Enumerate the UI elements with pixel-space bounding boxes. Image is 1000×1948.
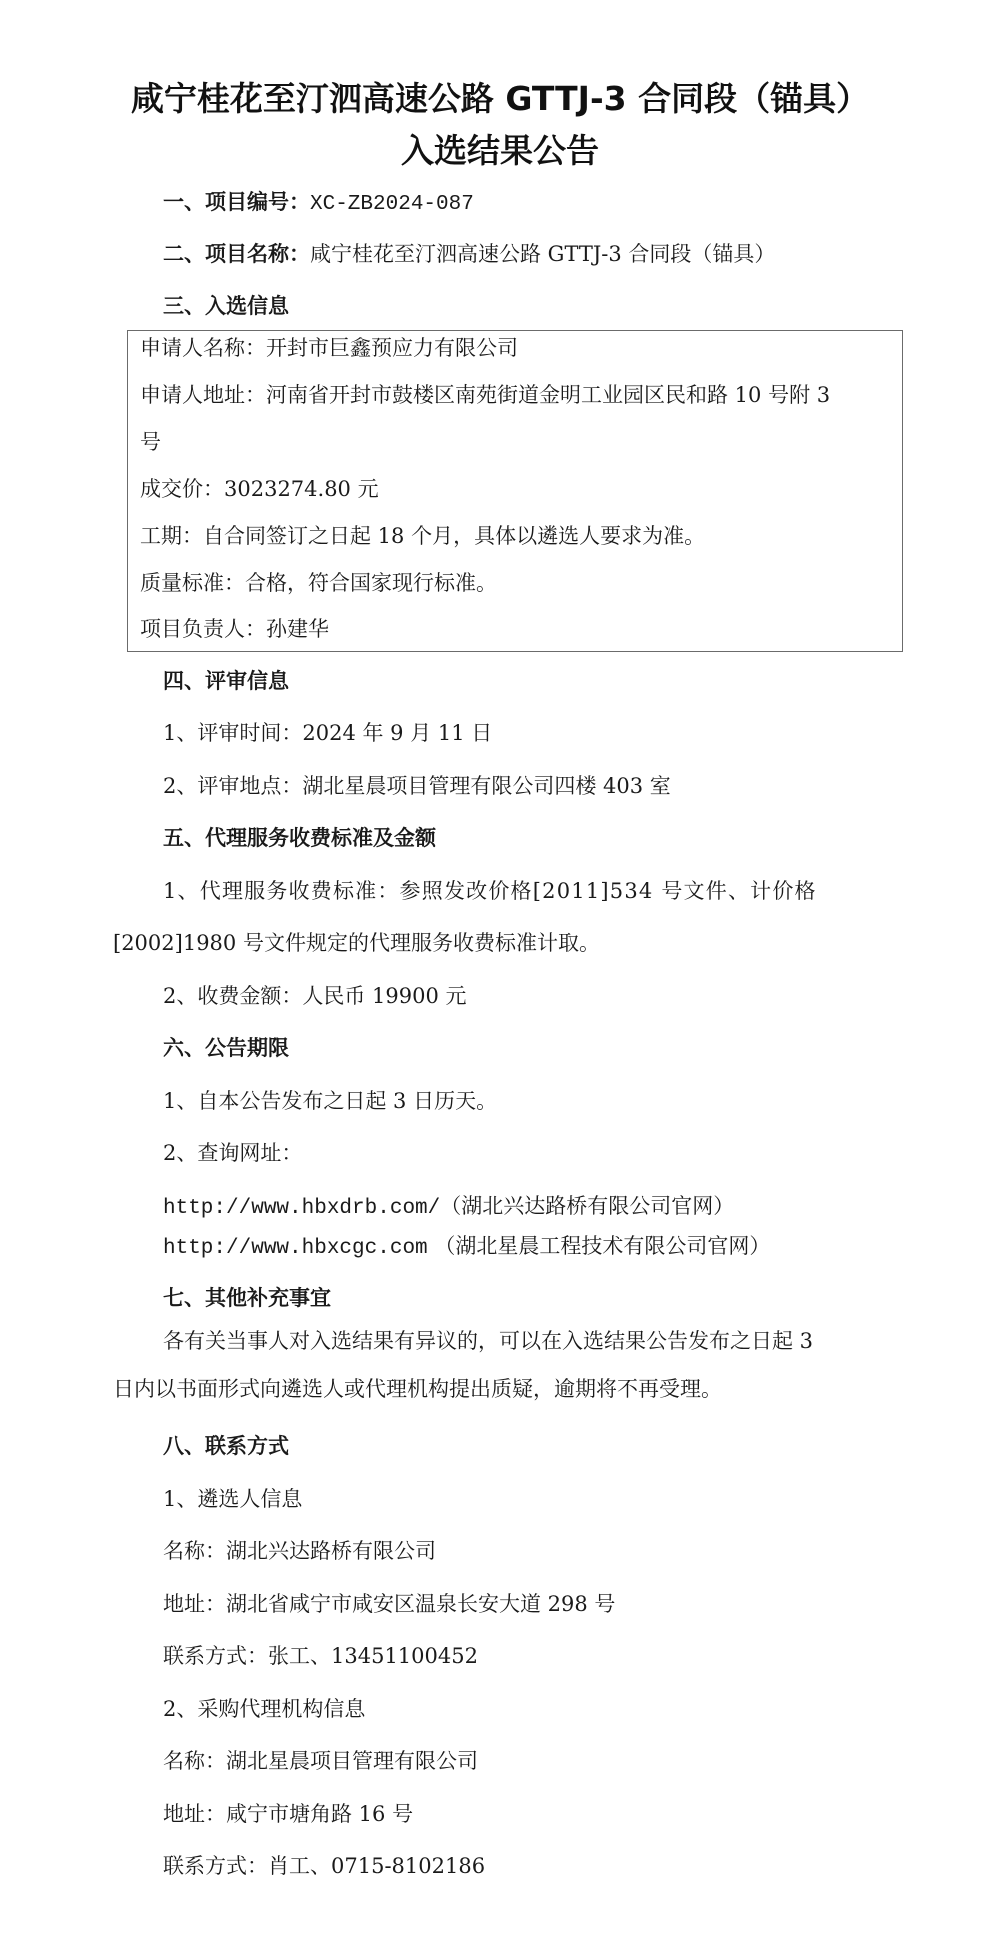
selector-name: 名称：湖北兴达路桥有限公司 (163, 1537, 436, 1565)
other-matters-heading: 七、其他补充事宜 (163, 1284, 331, 1312)
project-manager: 项目负责人：孙建华 (140, 615, 329, 643)
url-link-hbxcgc[interactable]: http://www.hbxcgc.com (163, 1237, 428, 1260)
quality-standard: 质量标准：合格，符合国家现行标准。 (140, 569, 497, 597)
review-time: 1、评审时间：2024 年 9 月 11 日 (163, 719, 492, 747)
project-name-value: 咸宁桂花至汀泗高速公路 GTTJ-3 合同段（锚具） (310, 242, 775, 266)
fee-amount: 2、收费金额：人民币 19900 元 (163, 982, 467, 1010)
url-row-1: http://www.hbxdrb.com/（湖北兴达路桥有限公司官网） (163, 1192, 734, 1223)
project-number-label: 一、项目编号： (163, 190, 310, 214)
review-info-heading: 四、评审信息 (163, 667, 289, 695)
document-title-line1: 咸宁桂花至汀泗高速公路 GTTJ-3 合同段（锚具） (0, 73, 1000, 120)
review-location: 2、评审地点：湖北星晨项目管理有限公司四楼 403 室 (163, 772, 671, 800)
project-name-label: 二、项目名称： (163, 242, 310, 266)
document-title-line2: 入选结果公告 (0, 125, 1000, 172)
notice-period-item1: 1、自本公告发布之日起 3 日历天。 (163, 1087, 497, 1115)
agency-fee-heading: 五、代理服务收费标准及金额 (163, 824, 436, 852)
query-url-label: 2、查询网址： (163, 1139, 302, 1167)
url-link-hbxdrb[interactable]: http://www.hbxdrb.com/ (163, 1197, 440, 1220)
agency-contact: 联系方式：肖工、0715-8102186 (163, 1852, 485, 1880)
project-number-value: XC-ZB2024-087 (310, 193, 474, 216)
url-label-hbxdrb: （湖北兴达路桥有限公司官网） (440, 1194, 734, 1218)
url-label-hbxcgc: （湖北星晨工程技术有限公司官网） (434, 1234, 770, 1258)
deal-price: 成交价：3023274.80 元 (140, 475, 379, 503)
selection-info-heading: 三、入选信息 (163, 292, 289, 320)
agency-name: 名称：湖北星晨项目管理有限公司 (163, 1747, 478, 1775)
project-name-row: 二、项目名称：咸宁桂花至汀泗高速公路 GTTJ-3 合同段（锚具） (163, 240, 775, 268)
applicant-name: 申请人名称：开封市巨鑫预应力有限公司 (140, 334, 518, 362)
selector-info-title: 1、遴选人信息 (163, 1485, 302, 1513)
applicant-address-line2: 号 (140, 428, 161, 456)
selector-address: 地址：湖北省咸宁市咸安区温泉长安大道 298 号 (163, 1590, 615, 1618)
agency-info-title: 2、采购代理机构信息 (163, 1695, 365, 1723)
contact-heading: 八、联系方式 (163, 1432, 289, 1460)
duration: 工期：自合同签订之日起 18 个月，具体以遴选人要求为准。 (140, 522, 705, 550)
notice-period-heading: 六、公告期限 (163, 1034, 289, 1062)
project-number-row: 一、项目编号：XC-ZB2024-087 (163, 188, 474, 219)
url-row-2: http://www.hbxcgc.com （湖北星晨工程技术有限公司官网） (163, 1232, 770, 1263)
selector-contact: 联系方式：张工、13451100452 (163, 1642, 478, 1670)
fee-standard-line2: [2002]1980 号文件规定的代理服务收费标准计取。 (113, 929, 600, 957)
fee-standard-line1: 1、代理服务收费标准：参照发改价格[2011]534 号文件、计价格 (163, 877, 817, 905)
objection-para-line2: 日内以书面形式向遴选人或代理机构提出质疑，逾期将不再受理。 (113, 1375, 722, 1403)
objection-para-line1: 各有关当事人对入选结果有异议的，可以在入选结果公告发布之日起 3 (163, 1327, 813, 1355)
agency-address: 地址：咸宁市塘角路 16 号 (163, 1800, 413, 1828)
applicant-address-line1: 申请人地址：河南省开封市鼓楼区南苑街道金明工业园区民和路 10 号附 3 (140, 381, 830, 409)
